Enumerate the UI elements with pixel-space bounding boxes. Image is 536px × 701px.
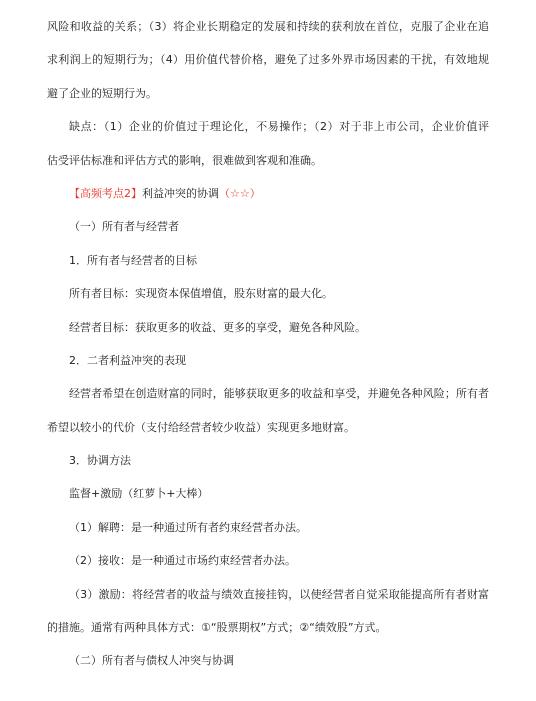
item-heading-2: 2．二者利益冲突的表现 (47, 344, 489, 377)
coordination-summary: 监督+激励（红萝卜+大棒） (47, 477, 489, 510)
paragraph-line: 估受评估标准和评估方式的影响，很难做到客观和准确。 (47, 144, 489, 177)
subsection-heading-2: （二）所有者与债权人冲突与协调 (47, 644, 489, 677)
owner-goal: 所有者目标：实现资本保值增值，股东财富的最大化。 (47, 277, 489, 310)
method-takeover: （2）接收：是一种通过市场约束经营者办法。 (47, 544, 489, 577)
item-heading-1: 1．所有者与经营者的目标 (47, 244, 489, 277)
paragraph-line: 求利润上的短期行为；（4）用价值代替价格，避免了过多外界市场因素的干扰，有效地规 (47, 43, 489, 76)
paragraph-line: 经营者希望在创造财富的同时，能够获取更多的收益和享受，并避免各种风险；所有者 (47, 377, 489, 410)
section-tag: 【高频考点2】 (69, 187, 142, 200)
method-dismissal: （1）解聘：是一种通过所有者约束经营者办法。 (47, 511, 489, 544)
paragraph-line: 风险和收益的关系；（3）将企业长期稳定的发展和持续的获利放在首位，克服了企业在追 (47, 10, 489, 43)
item-heading-3: 3．协调方法 (47, 444, 489, 477)
section-heading: 【高频考点2】利益冲突的协调（☆☆） (47, 177, 489, 210)
continuation-paragraph: 风险和收益的关系；（3）将企业长期稳定的发展和持续的获利放在首位，克服了企业在追… (47, 10, 489, 110)
section-title: 利益冲突的协调 (142, 187, 219, 200)
document-page: 风险和收益的关系；（3）将企业长期稳定的发展和持续的获利放在首位，克服了企业在追… (47, 10, 489, 678)
manager-goal: 经营者目标：获取更多的收益、更多的享受，避免各种风险。 (47, 311, 489, 344)
conflict-paragraph: 经营者希望在创造财富的同时，能够获取更多的收益和享受，并避免各种风险；所有者 希… (47, 377, 489, 444)
paragraph-line: （3）激励：将经营者的收益与绩效直接挂钩，以使经营者自觉采取能提高所有者财富 (47, 578, 489, 611)
paragraph-line: 希望以较小的代价（支付给经营者较少收益）实现更多地财富。 (47, 411, 489, 444)
paragraph-line: 避了企业的短期行为。 (47, 77, 489, 110)
paragraph-line: 的措施。通常有两种具体方式：①“股票期权”方式；②“绩效股”方式。 (47, 611, 489, 644)
paragraph-line: 缺点：（1）企业的价值过于理论化，不易操作；（2）对于非上市公司，企业价值评 (47, 110, 489, 143)
method-incentive: （3）激励：将经营者的收益与绩效直接挂钩，以使经营者自觉采取能提高所有者财富 的… (47, 578, 489, 645)
drawbacks-paragraph: 缺点：（1）企业的价值过于理论化，不易操作；（2）对于非上市公司，企业价值评 估… (47, 110, 489, 177)
star-rating: （☆☆） (219, 187, 261, 200)
subsection-heading-1: （一）所有者与经营者 (47, 210, 489, 243)
